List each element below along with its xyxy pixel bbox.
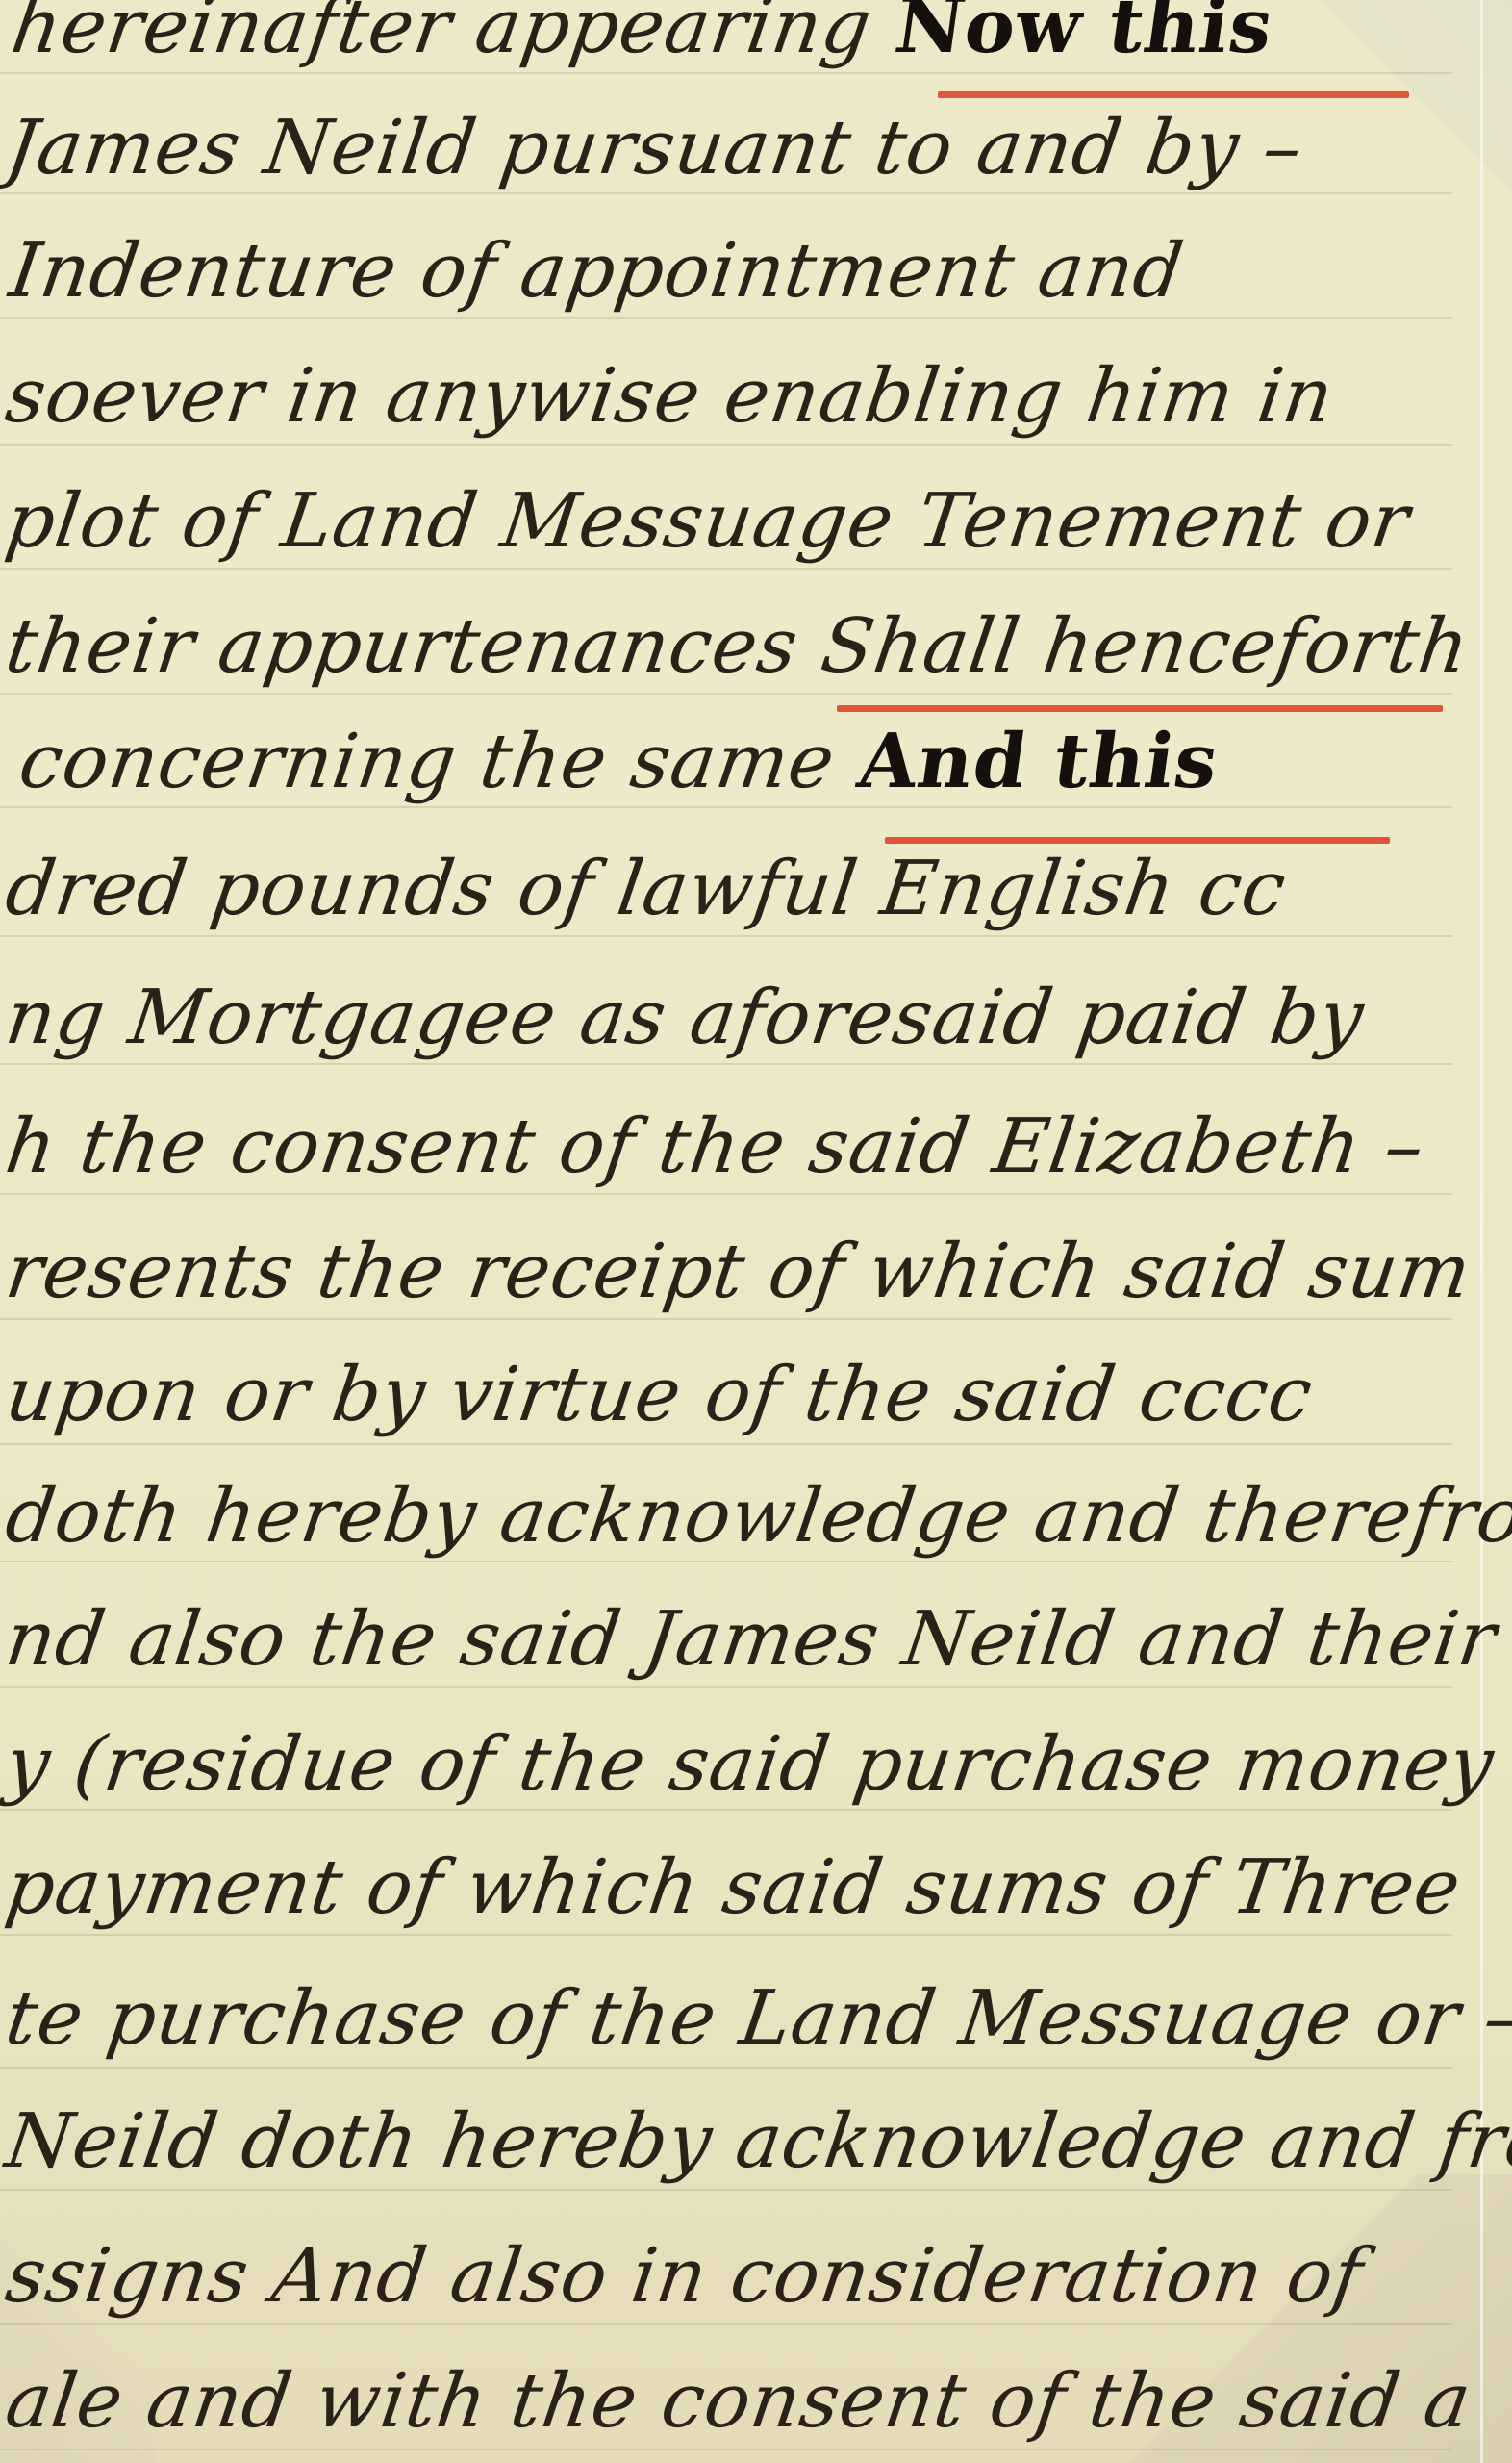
line-text: their appurtenances <box>1 603 828 690</box>
ruled-line <box>0 2067 1452 2069</box>
line-filler: cccc <box>1134 1352 1318 1438</box>
line-text: dred pounds of lawful English <box>1 846 1206 932</box>
text-line-2: James Neild pursuant to and by – <box>0 100 1309 196</box>
text-line-18: Neild doth hereby acknowledge and from <box>0 2094 1512 2190</box>
text-line-19: ssigns And also in consideration of <box>0 2228 1369 2324</box>
text-line-14: nd also the said James Neild and their <box>0 1591 1502 1688</box>
emphasized-phrase: And also <box>267 2233 614 2320</box>
red-underline-now-this <box>938 91 1409 98</box>
line-text: concerning the same <box>14 719 866 805</box>
line-text: hereinafter appearing <box>7 0 902 70</box>
line-text: Indenture of appointment and <box>5 228 1189 315</box>
text-line-13: doth hereby acknowledge and therefrom <box>0 1468 1512 1564</box>
line-text: plot of Land Messuage Tenement or <box>1 478 1415 565</box>
line-text: soever in anywise enabling him in <box>1 353 1339 440</box>
red-underline-and-this <box>885 837 1390 844</box>
line-text: payment of which said sums of Three <box>1 1844 1467 1931</box>
manuscript-page: hereinafter appearing Now this James Nei… <box>0 0 1512 2463</box>
text-line-5: plot of Land Messuage Tenement or <box>0 473 1416 570</box>
line-text: ng Mortgagee as aforesaid paid by <box>1 975 1370 1061</box>
line-text: y (residue of the said purchase money <box>1 1721 1499 1808</box>
line-text: in consideration of <box>601 2233 1368 2320</box>
ruled-line <box>0 444 1452 446</box>
line-text: doth hereby acknowledge and therefrom <box>1 1473 1512 1560</box>
emphasized-phrase: And this <box>853 718 1224 805</box>
text-line-20: ale and with the consent of the said a <box>0 2353 1477 2450</box>
ruled-line <box>0 1443 1452 1445</box>
text-line-15: y (residue of the said purchase money <box>0 1716 1499 1813</box>
line-text: upon or by virtue of the said <box>1 1352 1147 1438</box>
line-text: te purchase of the Land Messuage or <box>1 1975 1491 2062</box>
text-line-10: h the consent of the said Elizabeth – <box>0 1099 1430 1195</box>
emphasized-phrase: Now this <box>890 0 1279 70</box>
text-line-17: te purchase of the Land Messuage or – <box>0 1970 1512 2067</box>
text-line-8: dred pounds of lawful English cc <box>0 841 1292 937</box>
line-text: nd also the said James Neild and their <box>1 1596 1502 1683</box>
text-line-4: soever in anywise enabling him in <box>0 348 1340 444</box>
line-text: ale and with the consent of the said <box>1 2358 1431 2445</box>
text-line-9: ng Mortgagee as aforesaid paid by <box>0 970 1370 1066</box>
line-text: Neild doth hereby acknowledge and from <box>1 2098 1512 2185</box>
text-line-1: hereinafter appearing Now this <box>6 0 1279 75</box>
text-line-3: Indenture of appointment and <box>4 223 1190 319</box>
line-text: h the consent of the said Elizabeth <box>1 1104 1392 1190</box>
text-line-16: payment of which said sums of Three <box>0 1840 1467 1936</box>
red-underline-shall-henceforth <box>837 705 1443 712</box>
text-line-11: resents the receipt of which said sum <box>0 1224 1477 1320</box>
line-filler: cc <box>1194 846 1292 932</box>
text-line-7: concerning the same And this <box>13 714 1224 810</box>
text-line-12: upon or by virtue of the said cccc <box>0 1347 1319 1443</box>
line-text: ssigns <box>1 2233 280 2320</box>
emphasized-phrase: Shall henceforth <box>817 603 1475 690</box>
line-text: resents the receipt of which said sum <box>1 1229 1476 1315</box>
line-text: James Neild pursuant to and by <box>1 105 1270 191</box>
text-line-6: their appurtenances Shall henceforth <box>0 598 1475 695</box>
